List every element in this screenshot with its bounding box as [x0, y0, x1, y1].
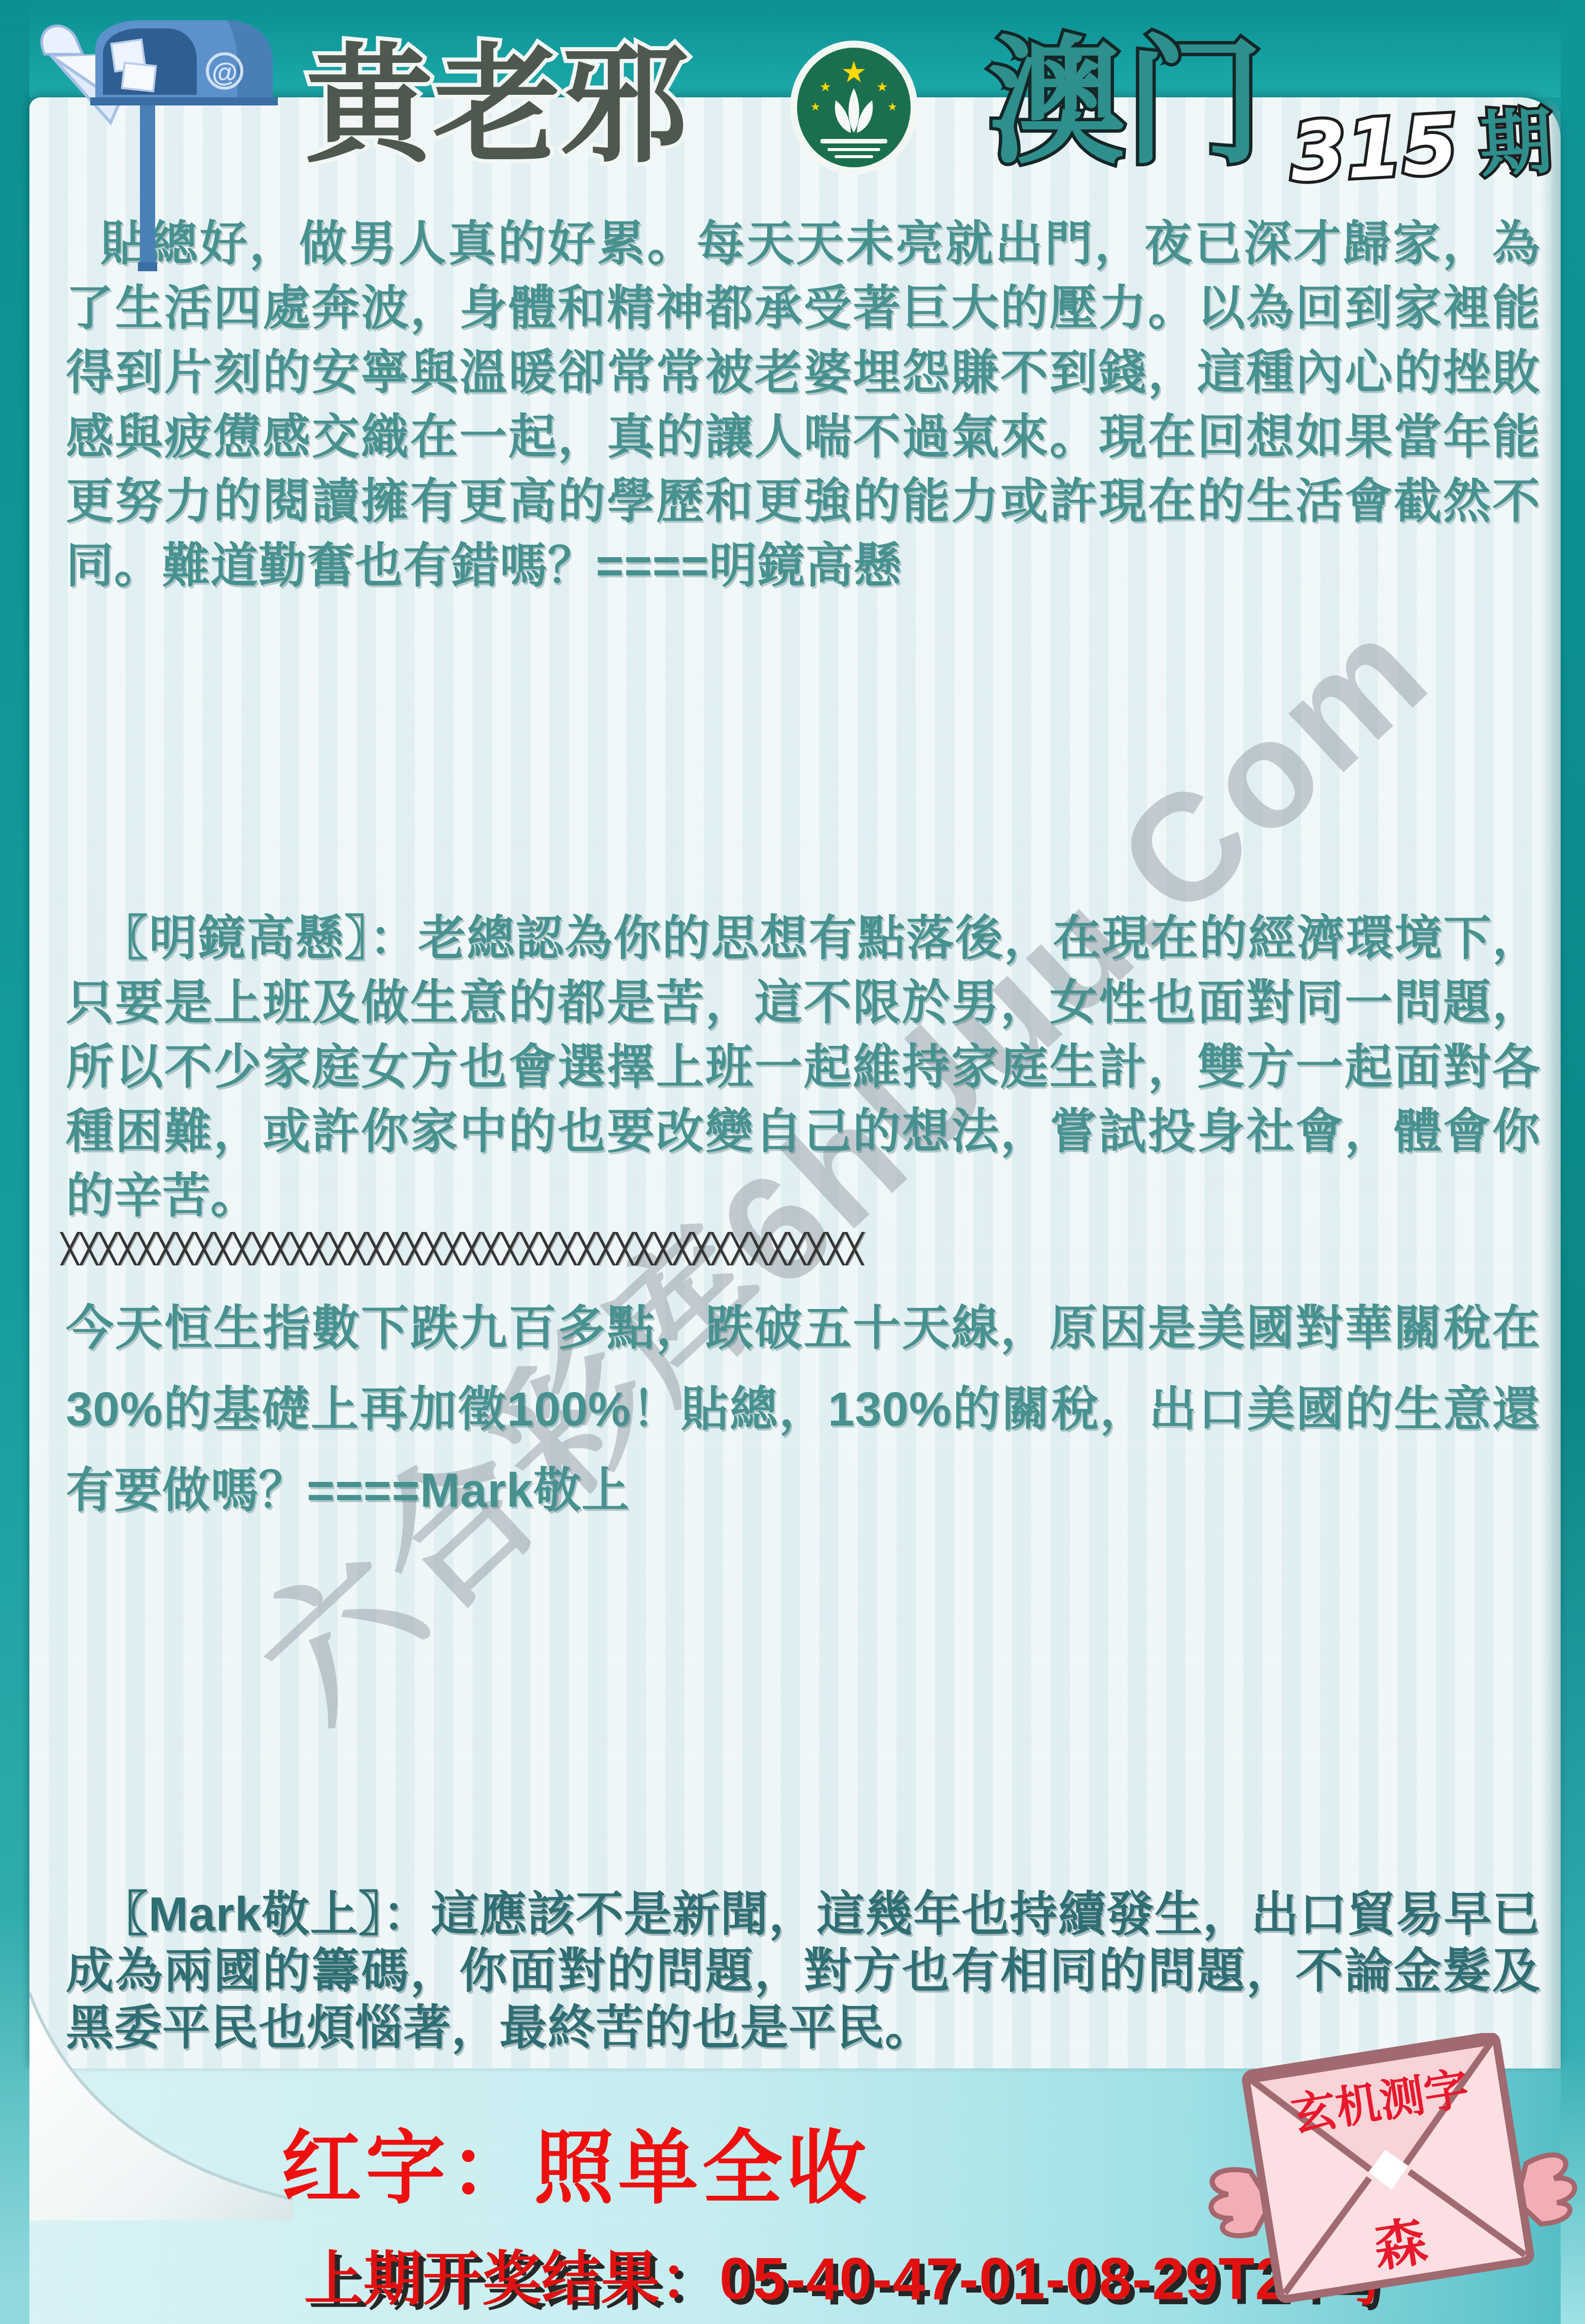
paper-sheet: 六合彩库6hUuu.Com 貼總好，做男人真的好累。每天天未亮就出門，夜已深才歸…	[29, 97, 1561, 2068]
issue-badge: 315 期	[1283, 92, 1577, 199]
mystery-envelope: 玄机测字 森	[1192, 2033, 1585, 2324]
chain-divider: ╳╳╳╳╳╳╳╳╳╳╳╳╳╳╳╳╳╳╳╳╳╳╳╳╳╳╳╳╳╳╳╳╳╳╳╳╳╳╳╳…	[60, 1232, 1540, 1265]
left-border-strip	[0, 0, 29, 2324]
macau-emblem: ★ ★ ★ ★ ★	[789, 40, 919, 175]
issue-number: 315	[1288, 98, 1460, 199]
poster-page: 六合彩库6hUuu.Com 貼總好，做男人真的好累。每天天未亮就出門，夜已深才歸…	[0, 0, 1585, 2324]
issue-suffix: 期	[1478, 101, 1554, 185]
star-icon: ★	[841, 56, 867, 89]
page-curl	[29, 1992, 293, 2221]
reader-question-2: 今天恒生指數下跌九百多點，跌破五十天線，原因是美國對華關稅在30%的基礎上再加徵…	[66, 1288, 1540, 1531]
envelope-character: 森	[1370, 2212, 1431, 2278]
at-symbol: @	[212, 58, 238, 87]
region-title: 澳门	[928, 14, 1323, 187]
red-note: 红字：照单全收	[281, 2104, 871, 2219]
host-answer-1: 〖明鏡高懸〗：老總認為你的思想有點落後，在現在的經濟環境下，只要是上班及做生意的…	[66, 906, 1540, 1228]
mailbox-icon: @	[14, 6, 308, 280]
star-icon: ★	[876, 79, 888, 94]
star-icon: ★	[819, 79, 831, 94]
site-title-text: 黄老邪	[305, 35, 689, 177]
star-icon: ★	[810, 100, 820, 113]
site-title: 黄老邪	[284, 24, 710, 187]
right-border-strip	[1561, 0, 1585, 2324]
region-title-text: 澳门	[988, 25, 1264, 179]
star-icon: ★	[887, 100, 897, 113]
